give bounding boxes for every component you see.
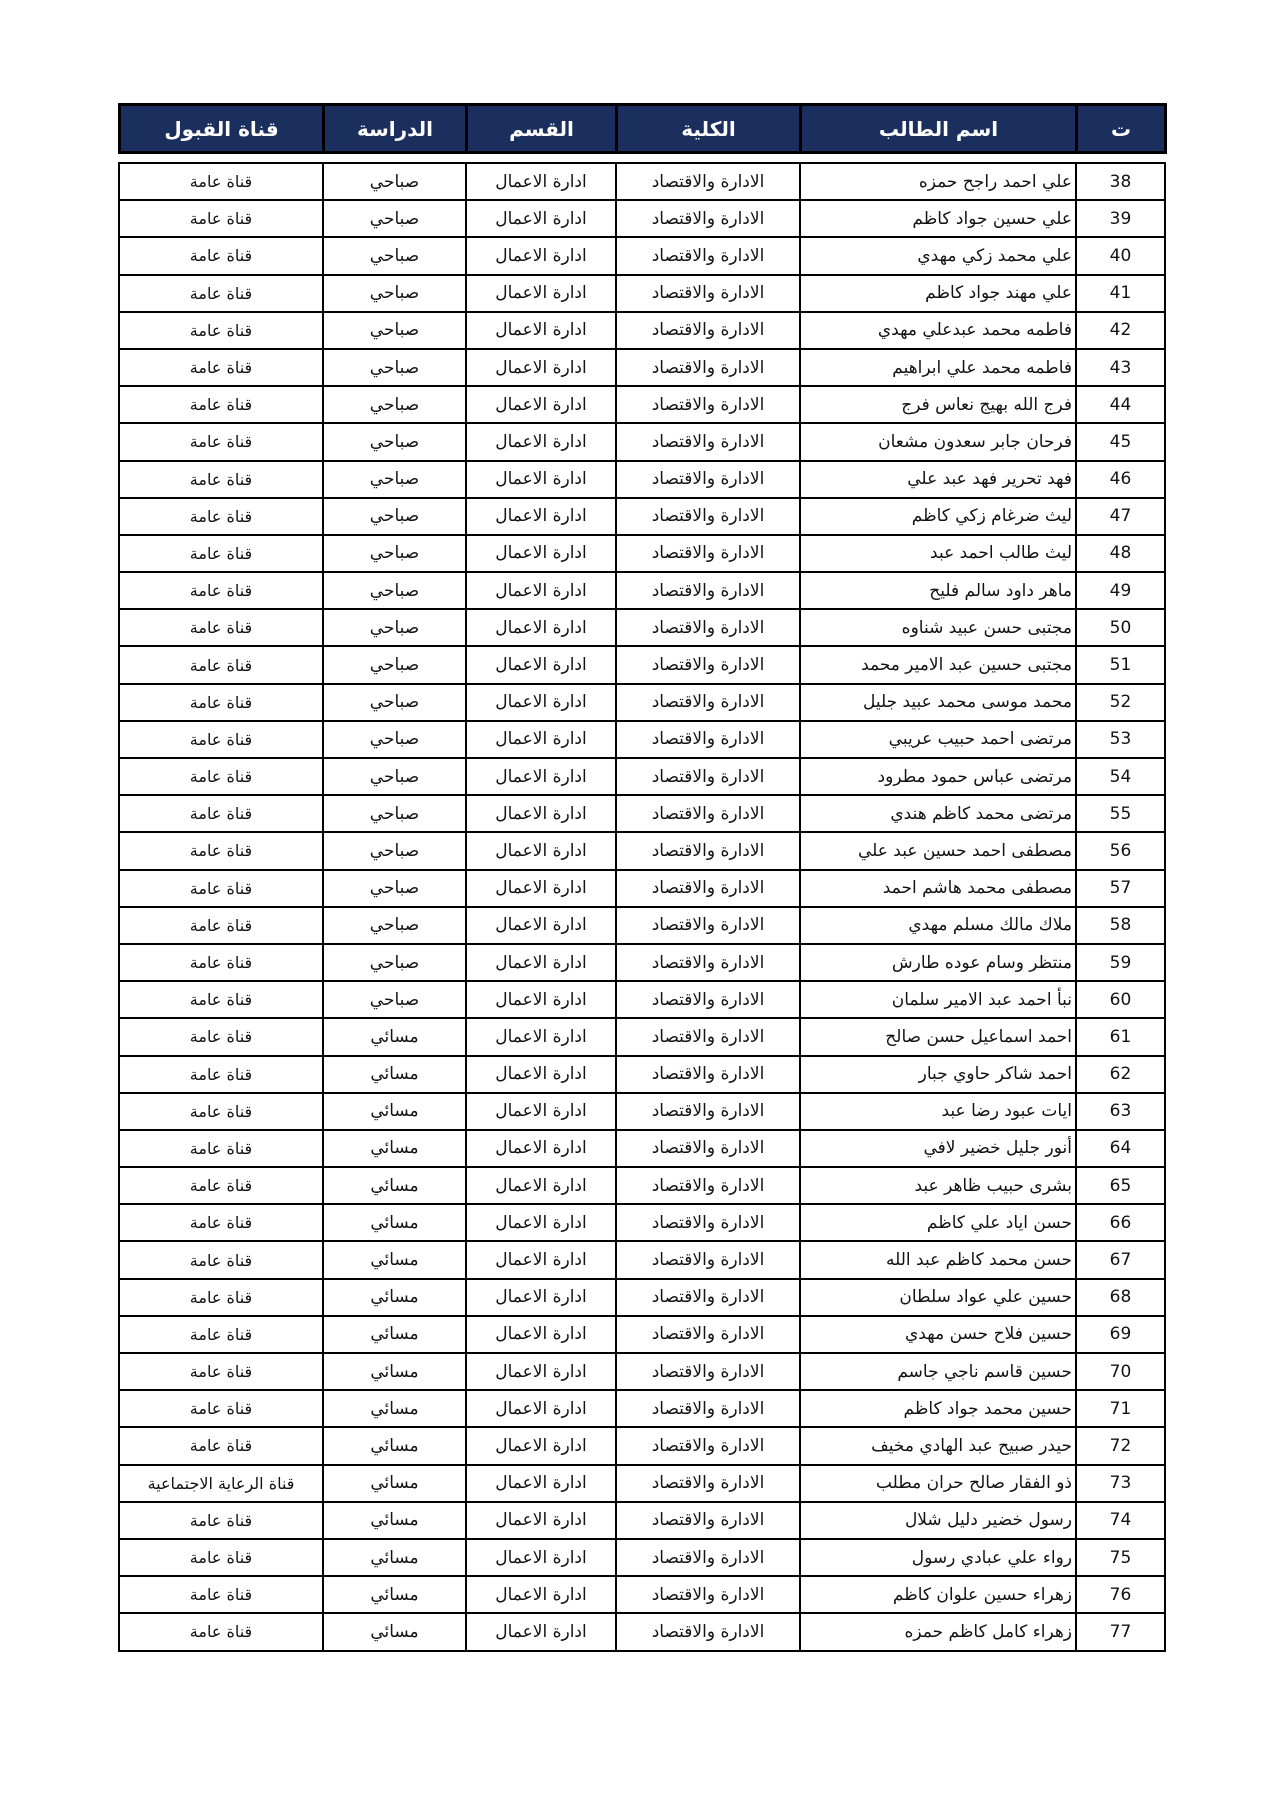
table-row: 72حيدر صبيح عبد الهادي مخيفالادارة والاق… [119,1427,1165,1464]
cell-name: ماهر داود سالم فليح [800,572,1076,609]
table-row: 55مرتضى محمد كاظم هنديالادارة والاقتصادا… [119,795,1165,832]
cell-channel: قناة عامة [119,1353,323,1390]
cell-college: الادارة والاقتصاد [616,349,800,386]
cell-num: 46 [1076,461,1165,498]
table-row: 68حسين علي عواد سلطانالادارة والاقتصاداد… [119,1279,1165,1316]
cell-dept: ادارة الاعمال [466,1204,616,1241]
cell-study: مسائي [323,1130,466,1167]
cell-dept: ادارة الاعمال [466,1130,616,1167]
table-row: 42فاطمه محمد عبدعلي مهديالادارة والاقتصا… [119,312,1165,349]
cell-name: حسين قاسم ناجي جاسم [800,1353,1076,1390]
cell-dept: ادارة الاعمال [466,572,616,609]
cell-college: الادارة والاقتصاد [616,535,800,572]
table-row: 56مصطفى احمد حسين عبد عليالادارة والاقتص… [119,832,1165,869]
cell-num: 76 [1076,1576,1165,1613]
cell-num: 75 [1076,1539,1165,1576]
cell-study: صباحي [323,163,466,200]
cell-name: ايات عبود رضا عبد [800,1093,1076,1130]
cell-channel: قناة عامة [119,870,323,907]
cell-college: الادارة والاقتصاد [616,1204,800,1241]
cell-college: الادارة والاقتصاد [616,981,800,1018]
cell-num: 61 [1076,1018,1165,1055]
cell-name: حيدر صبيح عبد الهادي مخيف [800,1427,1076,1464]
cell-num: 49 [1076,572,1165,609]
cell-study: مسائي [323,1241,466,1278]
cell-name: بشرى حبيب ظاهر عبد [800,1167,1076,1204]
cell-college: الادارة والاقتصاد [616,498,800,535]
cell-study: صباحي [323,684,466,721]
cell-channel: قناة عامة [119,349,323,386]
cell-num: 57 [1076,870,1165,907]
cell-channel: قناة عامة [119,1502,323,1539]
cell-channel: قناة عامة [119,1018,323,1055]
cell-study: صباحي [323,572,466,609]
cell-study: مسائي [323,1167,466,1204]
table-row: 51مجتبى حسين عبد الامير محمدالادارة والا… [119,646,1165,683]
cell-dept: ادارة الاعمال [466,1316,616,1353]
cell-study: مسائي [323,1427,466,1464]
cell-study: صباحي [323,609,466,646]
cell-study: صباحي [323,944,466,981]
cell-dept: ادارة الاعمال [466,832,616,869]
cell-college: الادارة والاقتصاد [616,684,800,721]
cell-study: صباحي [323,423,466,460]
table-row: 62احمد شاكر حاوي جبارالادارة والاقتصاداد… [119,1056,1165,1093]
cell-dept: ادارة الاعمال [466,1353,616,1390]
cell-college: الادارة والاقتصاد [616,1018,800,1055]
cell-college: الادارة والاقتصاد [616,1539,800,1576]
cell-dept: ادارة الاعمال [466,981,616,1018]
cell-name: ليث ضرغام زكي كاظم [800,498,1076,535]
cell-num: 59 [1076,944,1165,981]
cell-dept: ادارة الاعمال [466,237,616,274]
cell-channel: قناة عامة [119,721,323,758]
cell-college: الادارة والاقتصاد [616,1241,800,1278]
table-row: 40علي محمد زكي مهديالادارة والاقتصادادار… [119,237,1165,274]
cell-dept: ادارة الاعمال [466,461,616,498]
cell-college: الادارة والاقتصاد [616,200,800,237]
cell-num: 51 [1076,646,1165,683]
cell-num: 43 [1076,349,1165,386]
table-row: 77زهراء كامل كاظم حمزهالادارة والاقتصادا… [119,1613,1165,1650]
cell-study: صباحي [323,200,466,237]
cell-num: 65 [1076,1167,1165,1204]
cell-study: مسائي [323,1316,466,1353]
cell-num: 77 [1076,1613,1165,1650]
cell-study: مسائي [323,1613,466,1650]
cell-college: الادارة والاقتصاد [616,423,800,460]
cell-num: 56 [1076,832,1165,869]
cell-name: فهد تحرير فهد عبد علي [800,461,1076,498]
table-data: 38علي احمد راجح حمزهالادارة والاقتصادادا… [118,162,1166,1652]
table-row: 60نبأ احمد عبد الامير سلمانالادارة والاق… [119,981,1165,1018]
cell-name: احمد اسماعيل حسن صالح [800,1018,1076,1055]
header-num: ت [1077,105,1166,153]
header-dept: القسم [467,105,617,153]
table-body: 38علي احمد راجح حمزهالادارة والاقتصادادا… [119,163,1165,1651]
cell-dept: ادارة الاعمال [466,386,616,423]
table-row: 45فرحان جابر سعدون مشعانالادارة والاقتصا… [119,423,1165,460]
table-row: 41علي مهند جواد كاظمالادارة والاقتصادادا… [119,275,1165,312]
table-row: 54مرتضى عباس حمود مطرودالادارة والاقتصاد… [119,758,1165,795]
cell-study: صباحي [323,498,466,535]
cell-num: 55 [1076,795,1165,832]
cell-channel: قناة عامة [119,1279,323,1316]
cell-college: الادارة والاقتصاد [616,237,800,274]
table-row: 66حسن اياد علي كاظمالادارة والاقتصادادار… [119,1204,1165,1241]
cell-name: حسن محمد كاظم عبد الله [800,1241,1076,1278]
header-study: الدراسة [324,105,467,153]
cell-college: الادارة والاقتصاد [616,1502,800,1539]
cell-name: ملاك مالك مسلم مهدي [800,907,1076,944]
cell-name: زهراء كامل كاظم حمزه [800,1613,1076,1650]
table-row: 49ماهر داود سالم فليحالادارة والاقتصاداد… [119,572,1165,609]
cell-channel: قناة عامة [119,1130,323,1167]
cell-name: علي حسين جواد كاظم [800,200,1076,237]
cell-channel: قناة عامة [119,1204,323,1241]
cell-channel: قناة عامة [119,1241,323,1278]
cell-college: الادارة والاقتصاد [616,646,800,683]
cell-college: الادارة والاقتصاد [616,1465,800,1502]
cell-num: 71 [1076,1390,1165,1427]
cell-study: صباحي [323,535,466,572]
cell-college: الادارة والاقتصاد [616,907,800,944]
cell-name: مرتضى محمد كاظم هندي [800,795,1076,832]
cell-num: 42 [1076,312,1165,349]
cell-college: الادارة والاقتصاد [616,461,800,498]
table-row: 67حسن محمد كاظم عبد اللهالادارة والاقتصا… [119,1241,1165,1278]
cell-name: حسن اياد علي كاظم [800,1204,1076,1241]
cell-name: علي احمد راجح حمزه [800,163,1076,200]
cell-num: 60 [1076,981,1165,1018]
cell-channel: قناة عامة [119,646,323,683]
cell-channel: قناة عامة [119,609,323,646]
cell-num: 70 [1076,1353,1165,1390]
cell-college: الادارة والاقتصاد [616,572,800,609]
cell-name: علي مهند جواد كاظم [800,275,1076,312]
cell-channel: قناة عامة [119,572,323,609]
cell-num: 62 [1076,1056,1165,1093]
cell-channel: قناة عامة [119,1167,323,1204]
cell-num: 58 [1076,907,1165,944]
cell-study: مسائي [323,1056,466,1093]
cell-num: 47 [1076,498,1165,535]
cell-name: مصطفى محمد هاشم احمد [800,870,1076,907]
table-row: 47ليث ضرغام زكي كاظمالادارة والاقتصادادا… [119,498,1165,535]
cell-study: مسائي [323,1465,466,1502]
cell-college: الادارة والاقتصاد [616,795,800,832]
cell-num: 73 [1076,1465,1165,1502]
cell-dept: ادارة الاعمال [466,1465,616,1502]
table-row: 74رسول خضير دليل شلالالادارة والاقتصاداد… [119,1502,1165,1539]
cell-num: 72 [1076,1427,1165,1464]
table-row: 76زهراء حسين علوان كاظمالادارة والاقتصاد… [119,1576,1165,1613]
cell-dept: ادارة الاعمال [466,1539,616,1576]
cell-num: 63 [1076,1093,1165,1130]
cell-study: صباحي [323,758,466,795]
cell-college: الادارة والاقتصاد [616,275,800,312]
cell-num: 52 [1076,684,1165,721]
table-header: ت اسم الطالب الكلية القسم الدراسة قناة ا… [118,103,1167,154]
table-row: 48ليث طالب احمد عبدالادارة والاقتصادادار… [119,535,1165,572]
cell-dept: ادارة الاعمال [466,1167,616,1204]
cell-name: رسول خضير دليل شلال [800,1502,1076,1539]
cell-college: الادارة والاقتصاد [616,944,800,981]
cell-college: الادارة والاقتصاد [616,1576,800,1613]
cell-college: الادارة والاقتصاد [616,758,800,795]
cell-num: 39 [1076,200,1165,237]
cell-study: مسائي [323,1279,466,1316]
cell-name: حسين فلاح حسن مهدي [800,1316,1076,1353]
header-row: ت اسم الطالب الكلية القسم الدراسة قناة ا… [120,105,1166,153]
cell-college: الادارة والاقتصاد [616,1056,800,1093]
cell-dept: ادارة الاعمال [466,1279,616,1316]
cell-channel: قناة عامة [119,1539,323,1576]
cell-dept: ادارة الاعمال [466,535,616,572]
cell-college: الادارة والاقتصاد [616,163,800,200]
table-row: 64أنور جليل خضير لافيالادارة والاقتصاداد… [119,1130,1165,1167]
cell-channel: قناة عامة [119,795,323,832]
cell-channel: قناة عامة [119,312,323,349]
table-row: 38علي احمد راجح حمزهالادارة والاقتصادادا… [119,163,1165,200]
cell-college: الادارة والاقتصاد [616,1427,800,1464]
cell-dept: ادارة الاعمال [466,1241,616,1278]
cell-num: 66 [1076,1204,1165,1241]
cell-study: مسائي [323,1539,466,1576]
cell-dept: ادارة الاعمال [466,349,616,386]
cell-name: نبأ احمد عبد الامير سلمان [800,981,1076,1018]
cell-num: 74 [1076,1502,1165,1539]
students-table: ت اسم الطالب الكلية القسم الدراسة قناة ا… [118,103,1164,1652]
cell-channel: قناة عامة [119,684,323,721]
cell-num: 44 [1076,386,1165,423]
cell-college: الادارة والاقتصاد [616,1316,800,1353]
cell-channel: قناة عامة [119,275,323,312]
cell-dept: ادارة الاعمال [466,200,616,237]
table-row: 57مصطفى محمد هاشم احمدالادارة والاقتصادا… [119,870,1165,907]
cell-dept: ادارة الاعمال [466,1390,616,1427]
cell-study: مسائي [323,1576,466,1613]
cell-study: صباحي [323,870,466,907]
cell-college: الادارة والاقتصاد [616,386,800,423]
cell-study: صباحي [323,832,466,869]
table-row: 59منتظر وسام عوده طارشالادارة والاقتصادا… [119,944,1165,981]
cell-channel: قناة عامة [119,832,323,869]
cell-channel: قناة عامة [119,907,323,944]
cell-channel: قناة عامة [119,1576,323,1613]
cell-study: صباحي [323,461,466,498]
cell-num: 53 [1076,721,1165,758]
cell-name: مجتبى حسين عبد الامير محمد [800,646,1076,683]
table-row: 73ذو الفقار صالح حران مطلبالادارة والاقت… [119,1465,1165,1502]
cell-study: صباحي [323,386,466,423]
cell-num: 67 [1076,1241,1165,1278]
cell-college: الادارة والاقتصاد [616,870,800,907]
cell-num: 68 [1076,1279,1165,1316]
cell-channel: قناة عامة [119,1427,323,1464]
cell-study: صباحي [323,795,466,832]
cell-num: 54 [1076,758,1165,795]
cell-channel: قناة عامة [119,981,323,1018]
cell-college: الادارة والاقتصاد [616,1130,800,1167]
cell-num: 69 [1076,1316,1165,1353]
cell-study: صباحي [323,646,466,683]
cell-channel: قناة عامة [119,1056,323,1093]
cell-study: مسائي [323,1093,466,1130]
header-name: اسم الطالب [801,105,1077,153]
cell-study: صباحي [323,275,466,312]
cell-dept: ادارة الاعمال [466,312,616,349]
cell-channel: قناة عامة [119,163,323,200]
cell-name: فرحان جابر سعدون مشعان [800,423,1076,460]
cell-name: حسين محمد جواد كاظم [800,1390,1076,1427]
table-row: 44فرج الله بهيج نعاس فرجالادارة والاقتصا… [119,386,1165,423]
cell-study: صباحي [323,349,466,386]
cell-dept: ادارة الاعمال [466,721,616,758]
table-row: 46فهد تحرير فهد عبد عليالادارة والاقتصاد… [119,461,1165,498]
cell-dept: ادارة الاعمال [466,944,616,981]
cell-channel: قناة عامة [119,1316,323,1353]
cell-college: الادارة والاقتصاد [616,1613,800,1650]
cell-college: الادارة والاقتصاد [616,1279,800,1316]
cell-dept: ادارة الاعمال [466,795,616,832]
cell-college: الادارة والاقتصاد [616,721,800,758]
table-row: 71حسين محمد جواد كاظمالادارة والاقتصاداد… [119,1390,1165,1427]
cell-channel: قناة عامة [119,461,323,498]
cell-study: مسائي [323,1502,466,1539]
cell-college: الادارة والاقتصاد [616,1093,800,1130]
cell-study: صباحي [323,907,466,944]
table-row: 39علي حسين جواد كاظمالادارة والاقتصادادا… [119,200,1165,237]
cell-dept: ادارة الاعمال [466,758,616,795]
table-row: 52محمد موسى محمد عبيد جليلالادارة والاقت… [119,684,1165,721]
cell-study: صباحي [323,981,466,1018]
cell-num: 40 [1076,237,1165,274]
cell-name: محمد موسى محمد عبيد جليل [800,684,1076,721]
table-row: 63ايات عبود رضا عبدالادارة والاقتصادادار… [119,1093,1165,1130]
cell-name: ذو الفقار صالح حران مطلب [800,1465,1076,1502]
cell-study: مسائي [323,1390,466,1427]
cell-dept: ادارة الاعمال [466,684,616,721]
cell-dept: ادارة الاعمال [466,609,616,646]
cell-channel: قناة عامة [119,535,323,572]
cell-dept: ادارة الاعمال [466,1093,616,1130]
cell-num: 45 [1076,423,1165,460]
cell-name: حسين علي عواد سلطان [800,1279,1076,1316]
cell-name: فاطمه محمد عبدعلي مهدي [800,312,1076,349]
cell-num: 38 [1076,163,1165,200]
header-channel: قناة القبول [120,105,324,153]
cell-channel: قناة عامة [119,1093,323,1130]
cell-num: 41 [1076,275,1165,312]
cell-study: صباحي [323,721,466,758]
cell-study: مسائي [323,1204,466,1241]
cell-dept: ادارة الاعمال [466,1056,616,1093]
cell-dept: ادارة الاعمال [466,1576,616,1613]
cell-name: مرتضى احمد حبيب عريبي [800,721,1076,758]
cell-num: 50 [1076,609,1165,646]
cell-study: مسائي [323,1018,466,1055]
table-row: 65بشرى حبيب ظاهر عبدالادارة والاقتصادادا… [119,1167,1165,1204]
cell-channel: قناة عامة [119,237,323,274]
cell-college: الادارة والاقتصاد [616,609,800,646]
cell-num: 64 [1076,1130,1165,1167]
cell-dept: ادارة الاعمال [466,870,616,907]
cell-channel: قناة عامة [119,423,323,460]
cell-college: الادارة والاقتصاد [616,1390,800,1427]
cell-channel: قناة عامة [119,944,323,981]
cell-name: فاطمه محمد علي ابراهيم [800,349,1076,386]
cell-dept: ادارة الاعمال [466,1613,616,1650]
cell-channel: قناة عامة [119,200,323,237]
cell-college: الادارة والاقتصاد [616,1167,800,1204]
cell-name: رواء علي عبادي رسول [800,1539,1076,1576]
cell-dept: ادارة الاعمال [466,163,616,200]
cell-name: احمد شاكر حاوي جبار [800,1056,1076,1093]
cell-channel: قناة عامة [119,498,323,535]
cell-name: مجتبى حسن عبيد شناوه [800,609,1076,646]
cell-dept: ادارة الاعمال [466,1018,616,1055]
cell-channel: قناة عامة [119,758,323,795]
table-row: 70حسين قاسم ناجي جاسمالادارة والاقتصاداد… [119,1353,1165,1390]
cell-num: 48 [1076,535,1165,572]
table-row: 61احمد اسماعيل حسن صالحالادارة والاقتصاد… [119,1018,1165,1055]
table-row: 43فاطمه محمد علي ابراهيمالادارة والاقتصا… [119,349,1165,386]
cell-name: فرج الله بهيج نعاس فرج [800,386,1076,423]
cell-dept: ادارة الاعمال [466,907,616,944]
cell-study: مسائي [323,1353,466,1390]
cell-name: مصطفى احمد حسين عبد علي [800,832,1076,869]
cell-channel: قناة الرعاية الاجتماعية [119,1465,323,1502]
cell-college: الادارة والاقتصاد [616,1353,800,1390]
cell-college: الادارة والاقتصاد [616,832,800,869]
cell-name: مرتضى عباس حمود مطرود [800,758,1076,795]
cell-study: صباحي [323,237,466,274]
cell-dept: ادارة الاعمال [466,1427,616,1464]
cell-name: زهراء حسين علوان كاظم [800,1576,1076,1613]
table-row: 69حسين فلاح حسن مهديالادارة والاقتصادادا… [119,1316,1165,1353]
cell-dept: ادارة الاعمال [466,275,616,312]
cell-dept: ادارة الاعمال [466,646,616,683]
table-row: 58ملاك مالك مسلم مهديالادارة والاقتصاداد… [119,907,1165,944]
header-college: الكلية [617,105,801,153]
cell-dept: ادارة الاعمال [466,1502,616,1539]
cell-name: منتظر وسام عوده طارش [800,944,1076,981]
cell-name: أنور جليل خضير لافي [800,1130,1076,1167]
table-row: 53مرتضى احمد حبيب عريبيالادارة والاقتصاد… [119,721,1165,758]
cell-channel: قناة عامة [119,386,323,423]
cell-name: ليث طالب احمد عبد [800,535,1076,572]
cell-dept: ادارة الاعمال [466,498,616,535]
cell-name: علي محمد زكي مهدي [800,237,1076,274]
cell-channel: قناة عامة [119,1390,323,1427]
cell-college: الادارة والاقتصاد [616,312,800,349]
cell-channel: قناة عامة [119,1613,323,1650]
cell-study: صباحي [323,312,466,349]
table-row: 75رواء علي عبادي رسولالادارة والاقتصاداد… [119,1539,1165,1576]
cell-dept: ادارة الاعمال [466,423,616,460]
table-row: 50مجتبى حسن عبيد شناوهالادارة والاقتصادا… [119,609,1165,646]
